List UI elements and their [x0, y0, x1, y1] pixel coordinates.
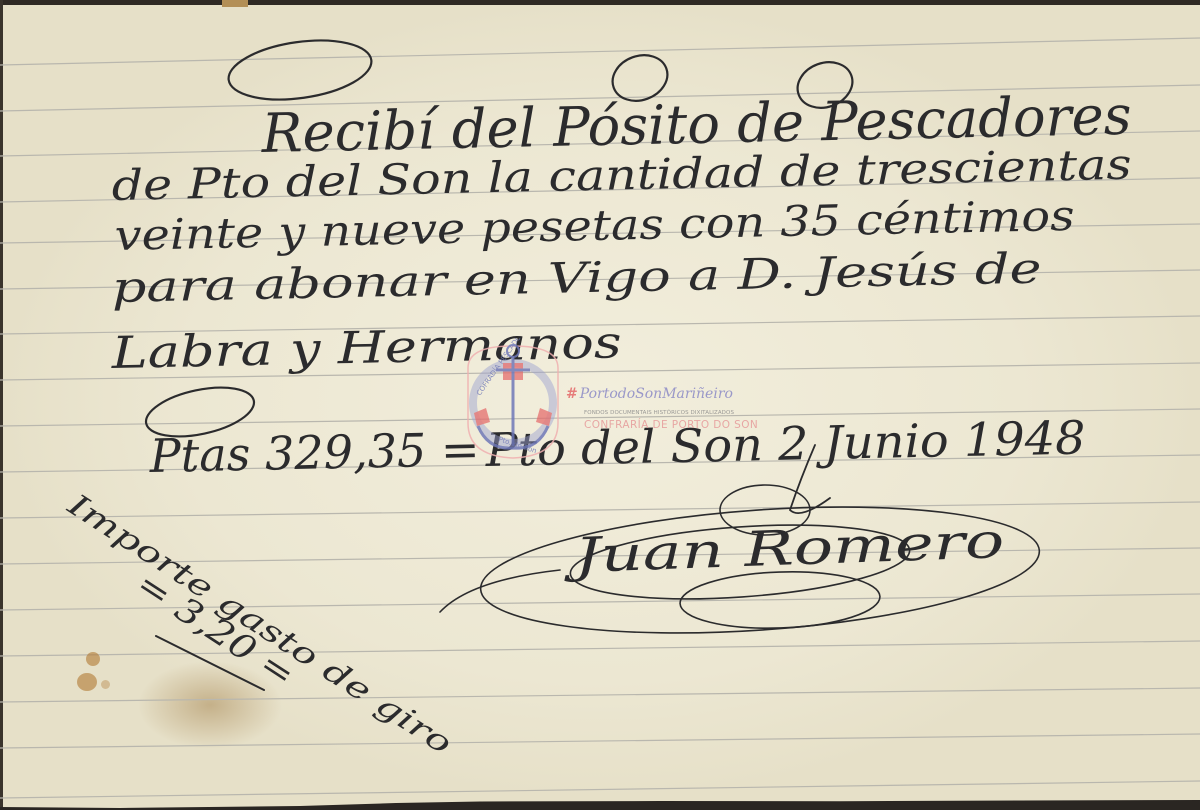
watermark-organization: CONFRARÍA DE PORTO DO SON [584, 419, 758, 431]
hash-icon: # [566, 386, 578, 402]
document-sheet: Recibí del Pósito de Pescadores de Pto d… [0, 0, 1200, 810]
watermark-brand-text: PortodoSonMariñeiro [580, 386, 733, 402]
watermark-brand: #PortodoSonMariñeiro [566, 386, 733, 402]
archive-watermark: COFRADÍA PESCADORES Pto. do Son #Portodo… [458, 338, 758, 463]
margin-note-text: Importe gasto de giro [61, 487, 459, 762]
signature: Juan Romero [561, 513, 1005, 584]
watermark-subtitle: FONDOS DOCUMENTAIS HISTÓRICOS DIXITALIZA… [584, 410, 734, 416]
cofradia-anchor-logo-icon: COFRADÍA PESCADORES Pto. do Son [458, 338, 568, 463]
amount-text: Ptas 329,35 = [148, 422, 480, 483]
